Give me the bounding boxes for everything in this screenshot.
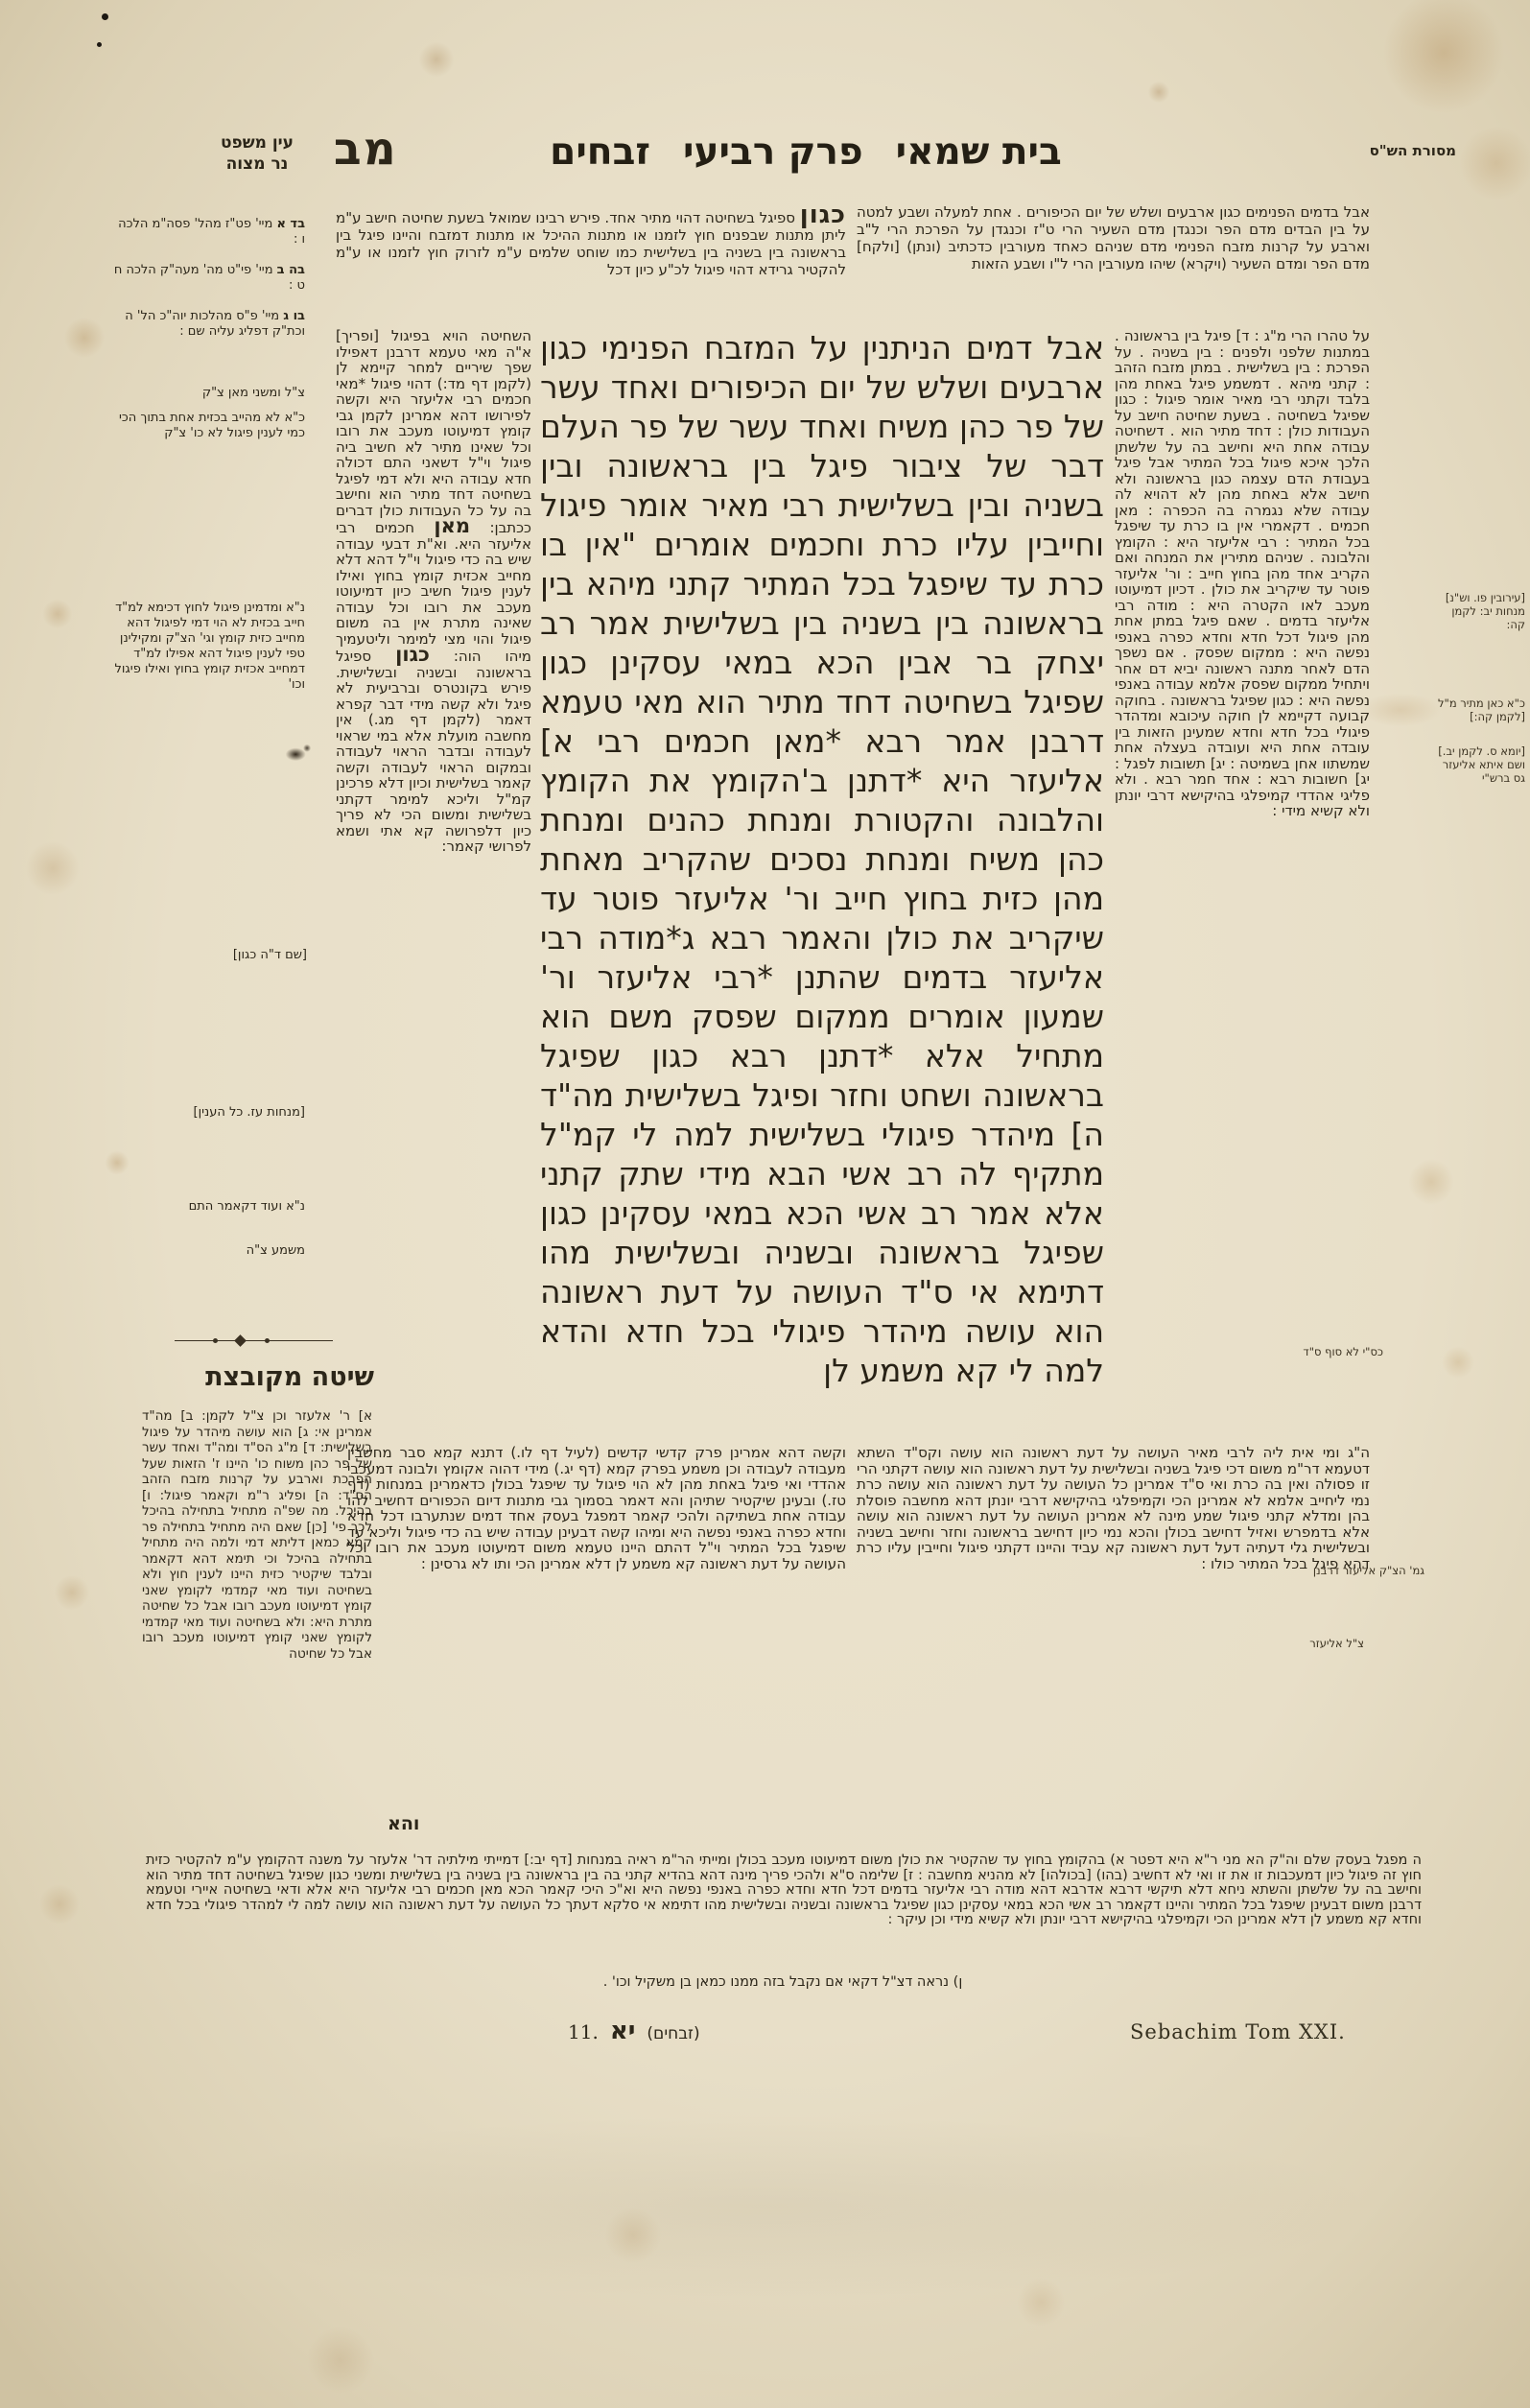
margin-note: צ"ל ומשני מאן צ"ק xyxy=(113,386,305,401)
scan-speck xyxy=(102,13,108,20)
footer-page-numbers: 11. יא (זבחים) xyxy=(568,2017,700,2045)
catchword: והא xyxy=(388,1813,419,1834)
tosafot-text: ספיגל בשחיטה דהוי מתיר אחד. פירש רבינו ש… xyxy=(336,209,846,278)
gloss-note: [יומא ס. לקמן יב.] ושם איתא אליעזר גס בר… xyxy=(1431,744,1525,785)
margin-note: [שם ד"ה כגון] xyxy=(163,948,307,963)
rashi-column: על טהרו הרי מ"ג : ד] פיגל בין בראשונה . … xyxy=(1115,328,1370,1439)
tosafot-headword: מאן xyxy=(434,514,470,537)
tosafot-column: השחיטה הויא בפיגול [ופריך] א"ה מאי טעמא … xyxy=(336,328,531,1439)
margin-note: נ"א ועוד דקאמר התם xyxy=(113,1199,305,1215)
tosafot-headword: כגון xyxy=(395,643,430,666)
ink-blot xyxy=(280,741,315,766)
margin-note: [מנחות עז. כל הענין] xyxy=(113,1105,305,1121)
bottom-commentary-block: ה מפגל בעסק שלם וה"ק הא מני ר"א היא דפטר… xyxy=(146,1853,1422,1971)
footer-tractate-label: (זבחים) xyxy=(647,2024,699,2043)
footer-edition-mark: Sebachim Tom XXI. xyxy=(1130,2020,1346,2043)
tosafot-headword: כגון xyxy=(800,203,846,229)
tosafot-text: ספיגל בראשונה ובשניה ובשלישית. פירש בקונ… xyxy=(336,648,531,855)
tractate-name: זבחים xyxy=(550,130,650,174)
margin-note: נ"א ומדמינן פיגול לחוץ דכימא למ"ד חייב ב… xyxy=(113,601,305,693)
gloss-note: כ"א כאן מתיר מ"ל [לקמן קה:] xyxy=(1433,696,1525,723)
scan-speck xyxy=(97,42,102,47)
rashi-opening-block: אבל בדמים הפנימים כגון ארבעים ושלש של יו… xyxy=(857,203,1370,324)
gloss-note: כס"י לא סוף ס"ד xyxy=(1276,1345,1383,1358)
chapter-ordinal: פרק רביעי xyxy=(683,130,863,174)
chapter-name: בית שמאי xyxy=(896,130,1062,174)
margin-note: בה ב מיי' פי"ט מה' מעה"ק הלכה ח ט : xyxy=(113,263,305,294)
tosafot-continuation: וקשה דהא אמרינן פרק קדשי קדשים (לעיל דף … xyxy=(347,1445,846,1809)
folio-number: מב xyxy=(334,123,398,176)
talmud-page-scan: עין משפט נר מצוה מב בית שמאי פרק רביעי ז… xyxy=(0,0,1530,2408)
mesorat-hashas-header: מסורת הש"ס xyxy=(1331,142,1456,159)
margin-note: משמע צ"ה xyxy=(113,1243,305,1259)
ein-mishpat-header: עין משפט נר מצוה xyxy=(200,132,315,175)
page-title: בית שמאי פרק רביעי זבחים xyxy=(518,130,1094,174)
shita-mekubetzet-text: א] ר' אלעזר וכן צ"ל לקמן: ב] מה"ד אמרינן… xyxy=(142,1408,372,1852)
tosafot-opening-block: כגון ספיגל בשחיטה דהוי מתיר אחד. פירש רב… xyxy=(336,203,846,324)
bottom-commentary-last-line: ן) נראה דצ"ל דקאי אם נקבל בזה ממנו כמאן … xyxy=(533,1974,1032,1990)
footer-latin-number: 11. xyxy=(568,2020,599,2043)
footer-hebrew-number: יא xyxy=(610,2017,636,2045)
margin-note: כ"א לא מהייב בכזית אחת בתוך הכי כמי לעני… xyxy=(113,411,305,441)
tosafot-text: השחיטה הויא בפיגול [ופריך] א"ה מאי טעמא … xyxy=(336,328,531,536)
section-divider-ornament xyxy=(175,1340,333,1341)
tosafot-text: חכמים רבי אליעזר היא. וא"ת דבעי עבודה שי… xyxy=(336,519,531,665)
ein-mishpat-line1: עין משפט xyxy=(200,132,315,153)
gloss-note: גמ' הצ"ק אליעזר דרבנן xyxy=(1285,1564,1424,1577)
rashi-continuation: ה"ג ומי אית ליה לרבי מאיר העושה על דעת ר… xyxy=(857,1445,1370,1782)
gloss-note: [עירובין פו. וש"נ] מנחות יב: לקמן קה: xyxy=(1437,591,1525,631)
margin-note: בו ג מיי' פ"ס מהלכות יוה"כ הל' ה וכת"ק ד… xyxy=(113,309,305,340)
margin-note: בד א מיי' פט"ז מהל' פסה"מ הלכה ו : xyxy=(113,217,305,248)
gloss-note: צ"ל אליעזר xyxy=(1287,1637,1364,1650)
ein-mishpat-line2: נר מצוה xyxy=(200,153,315,175)
gemara-text: אבל דמים הניתנין על המזבח הפנימי כגון אר… xyxy=(540,328,1104,1439)
